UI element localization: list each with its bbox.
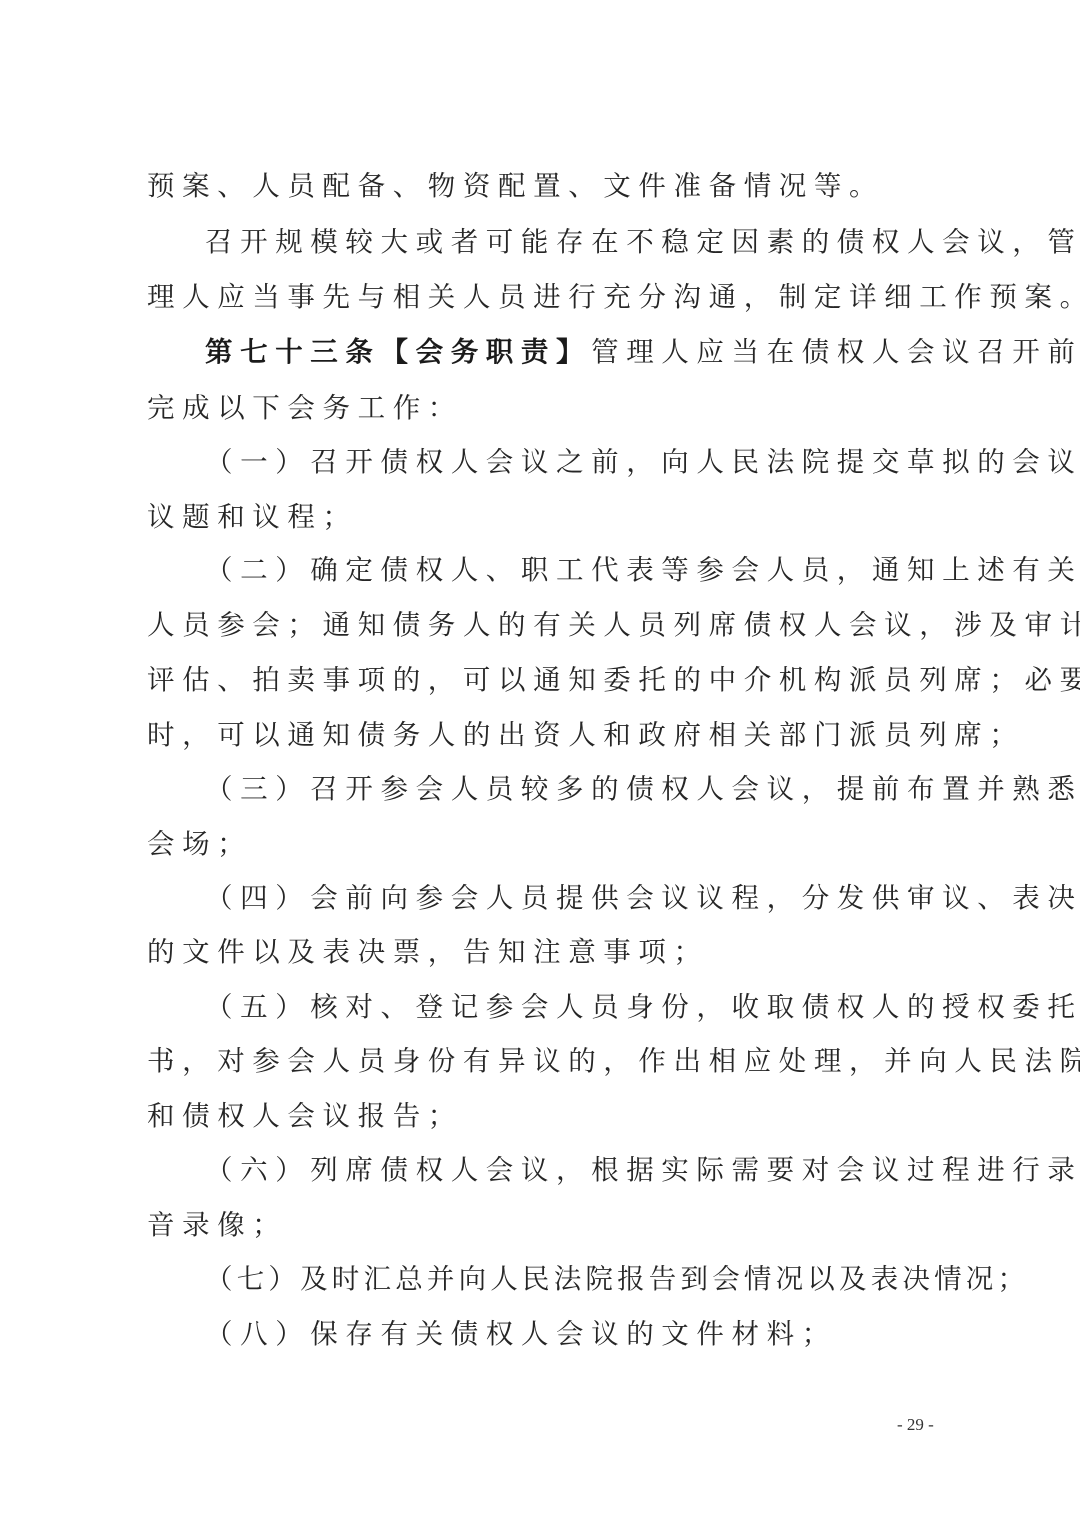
list-item-2: （二）确定债权人、职工代表等参会人员，通知上述有关	[205, 550, 1080, 590]
paragraph-line: 音录像；	[147, 1205, 287, 1245]
paragraph-line: 书，对参会人员身份有异议的，作出相应处理，并向人民法院	[147, 1041, 1080, 1081]
list-item-6: （六）列席债权人会议，根据实际需要对会议过程进行录	[205, 1150, 1080, 1190]
paragraph-line: 和债权人会议报告；	[147, 1096, 463, 1136]
paragraph-line: 预案、人员配备、物资配置、文件准备情况等。	[147, 166, 884, 206]
paragraph-line: 时，可以通知债务人的出资人和政府相关部门派员列席；	[147, 715, 1025, 755]
article-text: 管理人应当在债权人会议召开前	[591, 336, 1080, 368]
list-item-5: （五）核对、登记参会人员身份，收取债权人的授权委托	[205, 987, 1080, 1027]
list-item-7: （七）及时汇总并向人民法院报告到会情况以及表决情况；	[205, 1259, 1029, 1299]
article-73-line: 第七十三条【会务职责】管理人应当在债权人会议召开前	[205, 332, 1080, 372]
document-page: 预案、人员配备、物资配置、文件准备情况等。 召开规模较大或者可能存在不稳定因素的…	[0, 0, 1080, 1527]
paragraph-line: 的文件以及表决票，告知注意事项；	[147, 932, 709, 972]
paragraph-line: 评估、拍卖事项的，可以通知委托的中介机构派员列席；必要	[147, 660, 1080, 700]
list-item-8: （八）保存有关债权人会议的文件材料；	[205, 1314, 837, 1354]
paragraph-line: 人员参会；通知债务人的有关人员列席债权人会议，涉及审计、	[147, 605, 1080, 645]
paragraph-line: 议题和议程；	[147, 497, 358, 537]
list-item-1: （一）召开债权人会议之前，向人民法院提交草拟的会议	[205, 442, 1080, 482]
paragraph-line: 召开规模较大或者可能存在不稳定因素的债权人会议，管	[205, 222, 1080, 262]
paragraph-line: 理人应当事先与相关人员进行充分沟通，制定详细工作预案。	[147, 277, 1080, 317]
list-item-4: （四）会前向参会人员提供会议议程，分发供审议、表决	[205, 878, 1080, 918]
page-number: - 29 -	[897, 1415, 934, 1435]
list-item-3: （三）召开参会人员较多的债权人会议，提前布置并熟悉	[205, 769, 1080, 809]
article-heading: 第七十三条【会务职责】	[205, 336, 591, 368]
paragraph-line: 完成以下会务工作：	[147, 388, 463, 428]
paragraph-line: 会场；	[147, 824, 252, 864]
